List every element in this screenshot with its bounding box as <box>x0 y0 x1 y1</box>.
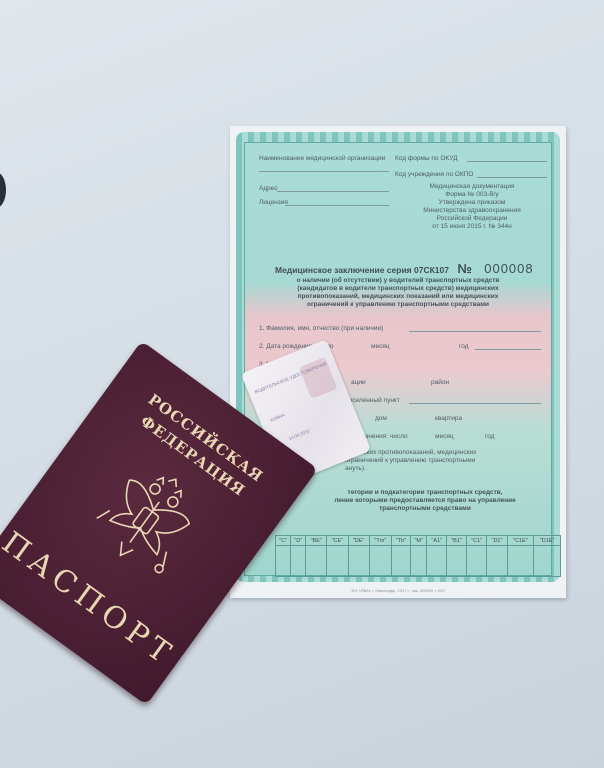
category-cell <box>427 546 447 577</box>
categories-table: "C""D""BE""CE""DE""Tm""Tb""M""A1""B1""C1… <box>275 535 561 577</box>
print-footer: ЯО «ЯВА» г. Краснодар, 2017 г., зак. 000… <box>230 588 566 593</box>
category-cell <box>391 546 410 577</box>
category-header: "BE" <box>306 536 327 546</box>
category-cell <box>534 546 561 577</box>
category-cell <box>487 546 507 577</box>
category-cell <box>291 546 306 577</box>
address-label: Адрес <box>259 185 278 192</box>
category-header: "DE" <box>348 536 369 546</box>
certificate-number: 000008 <box>484 261 533 276</box>
category-header: "A1" <box>427 536 447 546</box>
license-label: Лицензия <box>259 199 288 206</box>
categories-heading: тегории и подкатегории транспортных сред… <box>305 489 545 513</box>
series-number: 07СК107 <box>414 265 449 275</box>
category-header: "C1E" <box>507 536 534 546</box>
category-header: "D1" <box>487 536 507 546</box>
field-full-name: 1. Фамилия, имя, отчество (при наличии) <box>259 325 383 332</box>
double-headed-eagle-icon <box>82 451 214 585</box>
category-header: "Tm" <box>369 536 391 546</box>
doc-type: Медицинская документацияФорма № 003-В/у … <box>417 183 527 231</box>
category-header: "B1" <box>447 536 467 546</box>
dark-object-edge <box>0 172 6 208</box>
category-header: "C" <box>276 536 291 546</box>
category-header: "M" <box>411 536 427 546</box>
category-header: "Tb" <box>391 536 410 546</box>
okud-label: Код формы по ОКУД <box>395 155 457 162</box>
category-header: "D" <box>291 536 306 546</box>
certificate-serial: Медицинское заключение серия 07СК107 № 0… <box>275 261 534 276</box>
category-cell <box>411 546 427 577</box>
category-cell <box>507 546 534 577</box>
category-cell <box>447 546 467 577</box>
category-header: "CE" <box>327 536 348 546</box>
category-cell <box>327 546 348 577</box>
org-name-label: Наименование медицинской организации <box>259 155 385 162</box>
category-cell <box>276 546 291 577</box>
category-header: "D1E" <box>534 536 561 546</box>
category-cell <box>348 546 369 577</box>
okpo-label: Код учреждения по ОКПО <box>395 171 473 178</box>
category-cell <box>306 546 327 577</box>
certificate-subtitle: о наличии (об отсутствии) у водителей тр… <box>257 277 539 309</box>
category-cell <box>369 546 391 577</box>
category-cell <box>466 546 486 577</box>
category-header: "C1" <box>466 536 486 546</box>
